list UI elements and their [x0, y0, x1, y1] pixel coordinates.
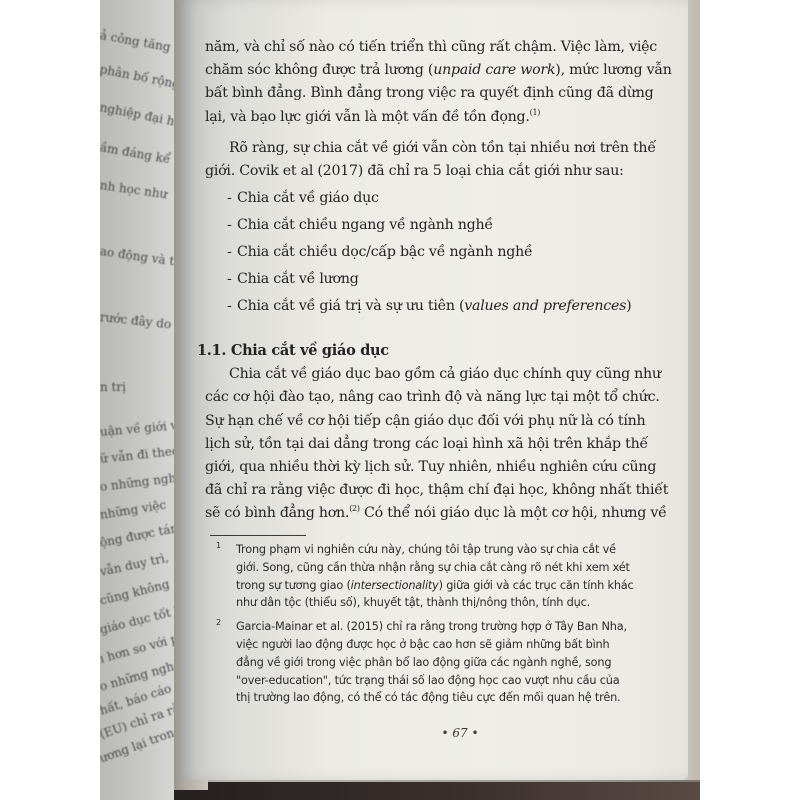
- list-item: -Chia cắt chiều ngang về ngành nghề: [205, 212, 625, 239]
- list-item-text: Chia cắt về giáo dục: [237, 190, 379, 206]
- text-run: sẽ có bình đẳng hơn.: [205, 505, 349, 521]
- segregation-types-list: -Chia cắt về giáo dục -Chia cắt chiều ng…: [205, 185, 625, 320]
- footnote-line: trong sự tương giao (intersectionality) …: [236, 577, 626, 595]
- text-line: lại, và bạo lực giới vẫn là một vấn đề t…: [205, 106, 625, 129]
- text-line: Rõ ràng, sự chia cắt về giới vẫn còn tồn…: [205, 137, 625, 160]
- text-run: trong sự tương giao (: [236, 579, 351, 592]
- footnotes: 1 Trong phạm vi nghiên cứu này, chúng tô…: [216, 541, 626, 713]
- left-page-fragment: cũng không: [100, 577, 171, 608]
- footnote-ref-2[interactable]: (2): [349, 504, 360, 513]
- left-page-fragment: nghiệp đại học: [100, 100, 174, 131]
- text-line: sẽ có bình đẳng hơn.(2) Có thể nói giáo …: [205, 502, 625, 525]
- list-item-text: Chia cắt về lương: [237, 271, 359, 287]
- italic-term: intersectionality: [351, 579, 439, 592]
- left-page-fragment: vẫn duy trì,: [100, 551, 170, 579]
- dash-bullet-icon: -: [227, 212, 232, 239]
- list-item: -Chia cắt về giáo dục: [205, 185, 625, 212]
- book-photo: ả công tăng phân bố rộng nghiệp đại học …: [100, 0, 700, 800]
- text-line: các cơ hội đào tạo, nâng cao trình độ và…: [205, 386, 625, 409]
- page-body: năm, và chỉ số nào có tiến triển thì cũn…: [205, 36, 625, 526]
- list-item: -Chia cắt về lương: [205, 266, 625, 293]
- footnote-number: 2: [216, 618, 221, 627]
- paragraph-2: Rõ ràng, sự chia cắt về giới vẫn còn tồn…: [205, 137, 625, 183]
- text-run: ) giữa giới và các trục căn tính khác: [439, 579, 634, 592]
- left-page-fragment: nh học như: [100, 178, 168, 201]
- text-line: giới, qua nhiều thời kỳ lịch sử. Tuy nhi…: [205, 456, 625, 479]
- footnote-line: Garcia-Mainar et al. (2015) chỉ ra rằng …: [236, 618, 626, 636]
- dash-bullet-icon: -: [227, 239, 232, 266]
- list-item-text: ): [626, 298, 631, 314]
- footnote-number: 1: [216, 541, 221, 550]
- footnote-line: "over-education", tức trạng thái số lao …: [236, 672, 626, 690]
- left-page-fragment: ao động và trong: [100, 244, 174, 272]
- list-item: -Chia cắt chiều dọc/cấp bậc về ngành ngh…: [205, 239, 625, 266]
- left-page-fragment: n trị: [100, 380, 126, 394]
- left-page-fragment: rước đây do nam: [100, 310, 174, 335]
- section-heading: 1.1. Chia cắt về giáo dục: [197, 342, 625, 359]
- left-page-fragment: ầm đáng kể: [100, 140, 171, 166]
- footnote-2: 2 Garcia-Mainar et al. (2015) chỉ ra rằn…: [216, 618, 626, 707]
- italic-term: values and preferences: [464, 298, 626, 314]
- text-line: bất bình đẳng. Bình đẳng trong việc ra q…: [205, 82, 625, 105]
- text-line: đã chỉ ra rằng việc được đi học, thậm ch…: [205, 479, 625, 502]
- list-item-text: Chia cắt chiều ngang về ngành nghề: [237, 217, 493, 233]
- intro-paragraph: năm, và chỉ số nào có tiến triển thì cũn…: [205, 36, 625, 129]
- list-item-text: Chia cắt về giá trị và sự ưu tiên (: [237, 298, 464, 314]
- left-page-fragment: ả công tăng: [100, 28, 172, 54]
- footnote-line: Trong phạm vi nghiên cứu này, chúng tôi …: [236, 541, 626, 559]
- left-page-fragment: những việc: [100, 498, 167, 522]
- italic-term: unpaid care work: [433, 62, 555, 78]
- page-number: • 67 •: [420, 726, 500, 740]
- left-page-fragment: ữ vẫn đi theo: [100, 444, 174, 466]
- text-run: lại, và bạo lực giới vẫn là một vấn đề t…: [205, 109, 530, 125]
- left-page: ả công tăng phân bố rộng nghiệp đại học …: [100, 0, 174, 800]
- footnote-line: đẳng về giới trong việc phân bổ lao động…: [236, 654, 626, 672]
- text-line: năm, và chỉ số nào có tiến triển thì cũn…: [205, 36, 625, 59]
- footnote-line: việc người lao động được học ở bậc cao h…: [236, 636, 626, 654]
- footnote-ref-1[interactable]: (1): [530, 108, 541, 117]
- footnote-divider: [210, 535, 306, 536]
- text-run: Có thể nói giáo dục là một cơ hội, nhưng…: [360, 505, 667, 521]
- footnote-line: giới. Song, cũng cần thừa nhận rằng sự c…: [236, 559, 626, 577]
- text-line: lịch sử, tồn tại dai dẳng trong các loại…: [205, 433, 625, 456]
- dash-bullet-icon: -: [227, 293, 232, 320]
- dash-bullet-icon: -: [227, 185, 232, 212]
- dash-bullet-icon: -: [227, 266, 232, 293]
- text-line: Chia cắt về giáo dục bao gồm cả giáo dục…: [205, 363, 625, 386]
- list-item-text: Chia cắt chiều dọc/cấp bậc về ngành nghề: [237, 244, 533, 260]
- footnote-line: như dân tộc (thiểu số), khuyết tật, thàn…: [236, 594, 626, 612]
- left-page-fragment: ộng được tán: [100, 521, 174, 550]
- list-item: -Chia cắt về giá trị và sự ưu tiên (valu…: [205, 293, 625, 320]
- text-line: giới. Covik et al (2017) đã chỉ ra 5 loạ…: [205, 160, 625, 183]
- text-line: chăm sóc không được trả lương (unpaid ca…: [205, 59, 625, 82]
- left-page-fragment: uận về giới và: [100, 418, 174, 439]
- left-page-fragment: o những nghề: [100, 470, 174, 494]
- text-run: ), mức lương vẫn: [555, 62, 671, 78]
- footnote-line: thị trường lao động, có thể có tác động …: [236, 689, 626, 707]
- left-page-fragment: phân bố rộng: [100, 62, 174, 91]
- footnote-1: 1 Trong phạm vi nghiên cứu này, chúng tô…: [216, 541, 626, 612]
- text-line: Sự hạn chế về cơ hội tiếp cận giáo dục đ…: [205, 410, 625, 433]
- section-paragraph: Chia cắt về giáo dục bao gồm cả giáo dục…: [205, 363, 625, 525]
- text-run: chăm sóc không được trả lương (: [205, 62, 433, 78]
